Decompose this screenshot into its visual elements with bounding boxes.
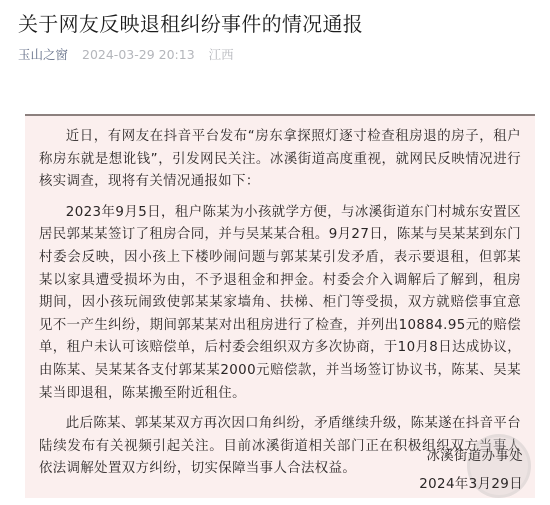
source-account-link[interactable]: 玉山之窗 — [18, 47, 68, 62]
signature-date: 2024年3月29日 — [419, 474, 523, 497]
publish-time: 2024-03-29 20:13 — [82, 47, 195, 62]
notice-paragraph-details: 2023年9月5日，租户陈某为小孩就学方便，与冰溪街道东门村城东安置区居民郭某某… — [39, 202, 521, 405]
article-meta: 玉山之窗 2024-03-29 20:13 江西 — [18, 46, 234, 64]
publish-location: 江西 — [209, 47, 234, 62]
notice-paragraph-intro: 近日，有网友在抖音平台发布“房东拿探照灯逐寸检查租房退的房子，租户称房东就是想讹… — [39, 126, 521, 194]
article-title: 关于网友反映退租纠纷事件的情况通报 — [18, 10, 363, 38]
signature-organization: 冰溪街道办事处 — [426, 446, 523, 469]
notice-image: 近日，有网友在抖音平台发布“房东拿探照灯逐寸检查租房退的房子，租户称房东就是想讹… — [25, 114, 535, 498]
